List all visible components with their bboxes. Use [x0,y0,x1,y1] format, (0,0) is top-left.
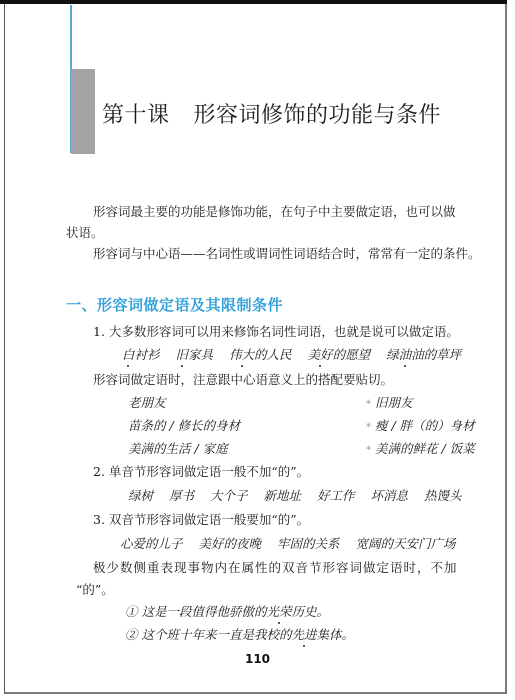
example-phrase: 厚书 [169,488,194,503]
intro-line-3: 形容词与中心语——名词性或谓词性词语结合时，常常有一定的条件。 [93,244,481,264]
emphasis-dotted-text: 绿油油 [386,345,424,363]
section-heading: 一、形容词做定语及其限制条件 [66,294,283,315]
pair-row: 苗条的 / 修长的身材 *瘦 / 胖（的）身材 [128,416,240,434]
asterisk-icon: * [366,445,371,456]
sentence-prefix: ① 这是一段值得他骄傲的 [125,604,266,619]
emphasis-dotted-text: 旧 [176,345,189,363]
example-phrase: 绿油油的草坪 [386,347,461,362]
intro-line-2: 状语。 [66,223,104,243]
incorrect-phrase: *美满的鲜花 / 饭菜 [366,439,475,457]
example-phrase: 白衬衫 [122,347,160,362]
example-rest: 的人民 [254,347,292,362]
page-number: 110 [0,652,515,666]
emphasis-dotted-text: 先进 [291,625,316,643]
example-phrase: 坏消息 [371,488,409,503]
exception-line-2: “的”。 [76,580,114,598]
point-3-examples: 心爱的儿子 美好的夜晚 牢固的关系 宽阔的天安门广场 [120,534,468,552]
example-phrase: 热馒头 [424,488,462,503]
example-rest: 家具 [188,347,213,362]
correct-phrase: 苗条的 / 修长的身材 [128,418,240,433]
intro-line-1: 形容词最主要的功能是修饰功能，在句子中主要做定语，也可以做 [93,202,456,222]
example-rest: 衬衫 [135,347,160,362]
pair-row: 美满的生活 / 家庭 *美满的鲜花 / 饭菜 [128,439,228,457]
example-phrase: 新地址 [264,488,302,503]
correct-phrase: 老朋友 [128,395,166,410]
point-1-text: 1. 大多数形容词可以用来修饰名词性词语，也就是说可以做定语。 [93,322,459,340]
incorrect-text: 旧朋友 [375,395,413,410]
point-1-note: 形容词做定语时，注意跟中心语意义上的搭配要贴切。 [93,370,393,388]
emphasis-dotted-text: 光荣 [266,602,291,620]
example-phrase: 绿树 [128,488,153,503]
example-phrase: 心爱的儿子 [120,536,183,551]
pair-row: 老朋友 *旧朋友 [128,393,166,411]
lesson-title-text: 形容词修饰的功能与条件 [194,103,442,128]
example-rest: 的愿望 [333,347,371,362]
sentence-suffix: 历史。 [292,604,330,619]
example-phrase: 宽阔的天安门广场 [356,536,456,551]
example-phrase: 伟大的人民 [229,347,292,362]
point-2-text: 2. 单音节形容词做定语一般不加“的”。 [93,462,309,480]
emphasis-dotted-text: 美好 [308,345,333,363]
example-phrase: 好工作 [317,488,355,503]
title-marker-block [71,69,95,154]
emphasis-dotted-text: 伟大 [229,345,254,363]
point-1-examples: 白衬衫 旧家具 伟大的人民 美好的愿望 绿油油的草坪 [122,345,473,363]
lesson-number: 第十课 [102,103,170,128]
example-phrase: 美好的夜晚 [199,536,262,551]
correct-phrase: 美满的生活 / 家庭 [128,441,228,456]
incorrect-text: 瘦 / 胖（的）身材 [375,418,475,433]
example-phrase: 旧家具 [176,347,214,362]
exception-line-1: 极少数侧重表现事物内在属性的双音节形容词做定语时，不加 [93,558,458,576]
asterisk-icon: * [366,422,371,433]
point-2-examples: 绿树 厚书 大个子 新地址 好工作 坏消息 热馒头 [128,486,474,504]
incorrect-phrase: *旧朋友 [366,393,413,411]
incorrect-text: 美满的鲜花 / 饭菜 [375,441,475,456]
incorrect-phrase: *瘦 / 胖（的）身材 [366,416,475,434]
example-sentence: ② 这个班十年来一直是我校的先进集体。 [125,625,354,643]
point-3-text: 3. 双音节形容词做定语一般要加“的”。 [93,510,309,528]
example-phrase: 美好的愿望 [308,347,371,362]
sentence-suffix: 集体。 [317,627,355,642]
asterisk-icon: * [366,399,371,410]
sentence-prefix: ② 这个班十年来一直是我校的 [125,627,291,642]
lesson-title: 第十课形容词修饰的功能与条件 [102,98,441,129]
example-phrase: 牢固的关系 [277,536,340,551]
emphasis-dotted-text: 白 [122,345,135,363]
example-phrase: 大个子 [210,488,248,503]
example-sentence: ① 这是一段值得他骄傲的光荣历史。 [125,602,329,620]
example-rest: 的草坪 [424,347,462,362]
